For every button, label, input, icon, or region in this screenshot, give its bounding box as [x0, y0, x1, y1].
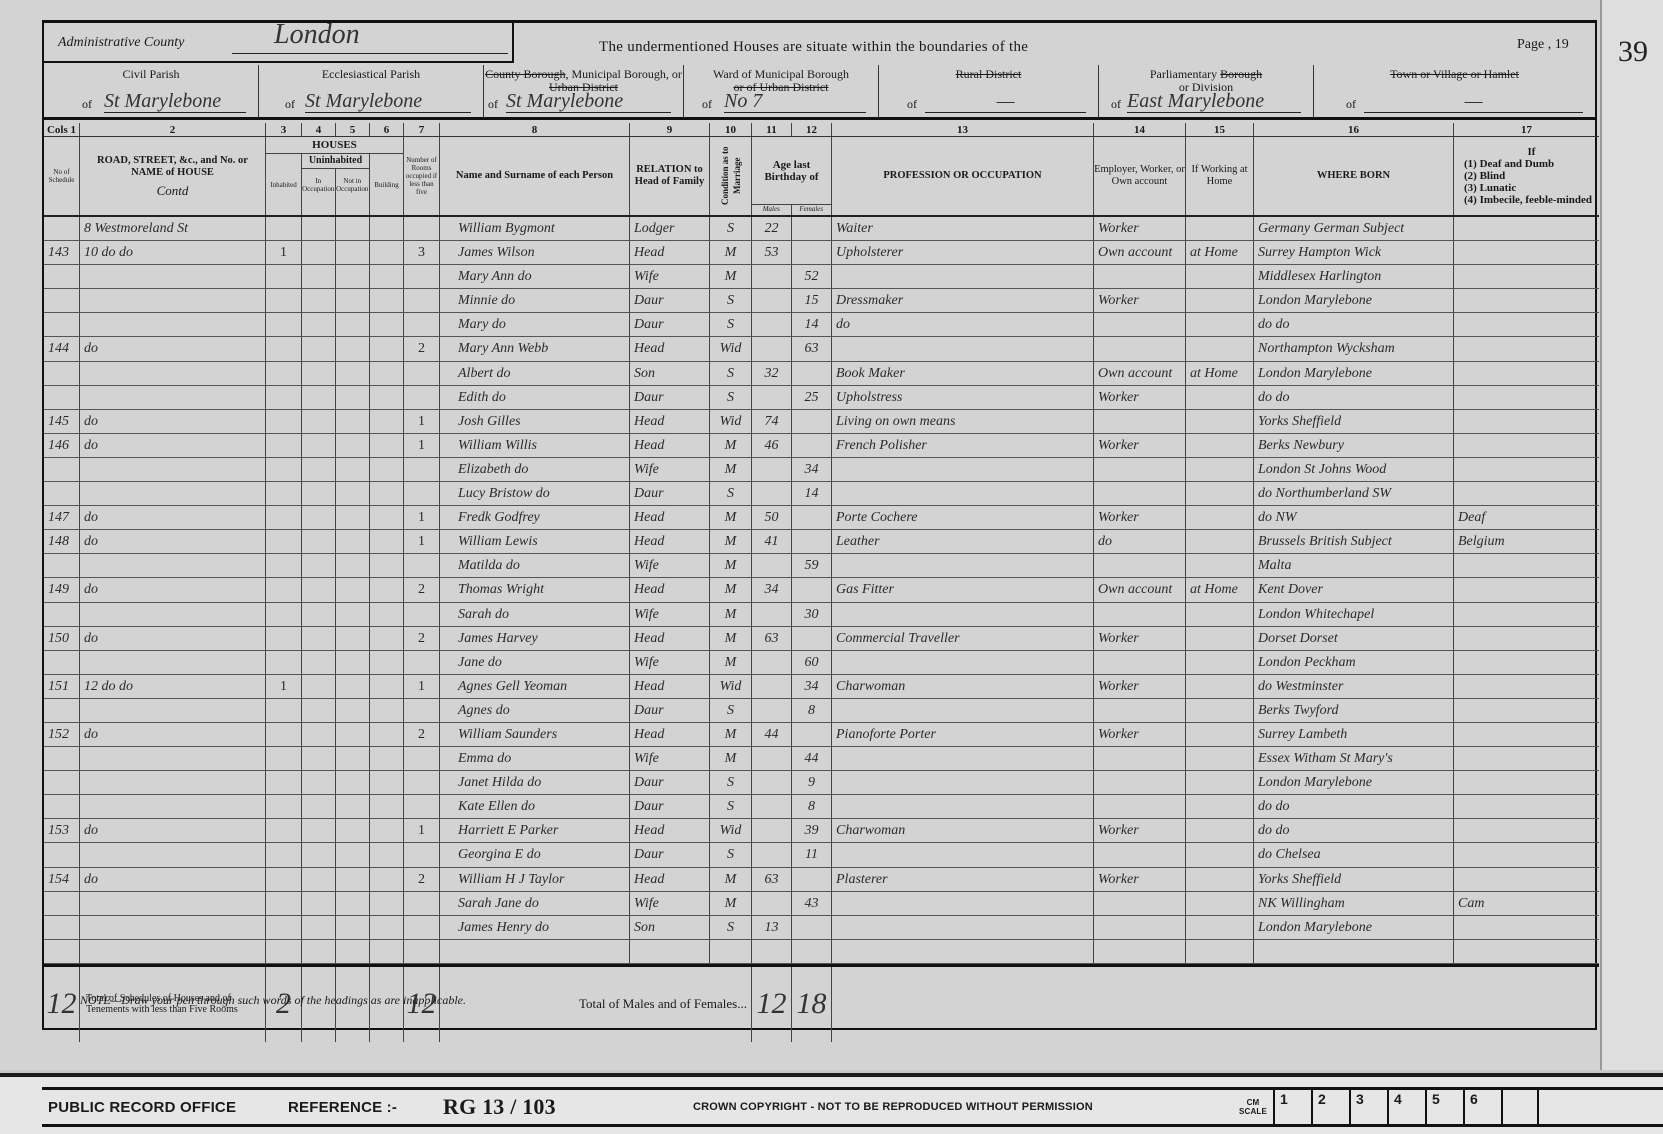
relation: Head [630, 434, 710, 457]
rooms-count: 1 [404, 530, 440, 553]
marital-condition: M [710, 603, 752, 626]
relation: Head [630, 723, 710, 746]
person-name: Josh Gilles [440, 410, 630, 433]
working-at-home [1186, 843, 1254, 866]
road-address [80, 699, 266, 722]
infirmity [1454, 313, 1599, 336]
inhabited-count [266, 410, 302, 433]
table-row: Agnes doDaurS8Berks Twyford [44, 699, 1599, 723]
rooms-count [404, 362, 440, 385]
age-male: 53 [752, 241, 792, 264]
col-schedule: No of Schedule [44, 137, 80, 215]
person-name: William H J Taylor [440, 868, 630, 891]
employment-status [1094, 603, 1186, 626]
road-address: do [80, 627, 266, 650]
schedule-number: 145 [44, 410, 80, 433]
area-boundaries: Civil Parish of St Marylebone Ecclesiast… [44, 65, 1595, 120]
marital-condition [710, 940, 752, 963]
person-name: Elizabeth do [440, 458, 630, 481]
working-at-home [1186, 458, 1254, 481]
col-rooms: Number of Rooms occupied if less than fi… [404, 137, 440, 215]
census-rows: 8 Westmoreland StWilliam BygmontLodgerS2… [44, 217, 1599, 966]
age-female: 25 [792, 386, 832, 409]
marital-condition: M [710, 506, 752, 529]
relation: Daur [630, 771, 710, 794]
schedule-number [44, 892, 80, 915]
road-address [80, 603, 266, 626]
age-female: 52 [792, 265, 832, 288]
relation: Wife [630, 458, 710, 481]
occupation: Pianoforte Porter [832, 723, 1094, 746]
person-name: Sarah Jane do [440, 892, 630, 915]
total-males: 12 [752, 967, 792, 1042]
column-numbers: Cols 1 2 3 4 5 6 7 8 9 10 11 12 13 14 15… [44, 123, 1599, 137]
infirmity [1454, 843, 1599, 866]
age-female: 63 [792, 337, 832, 360]
age-male: 63 [752, 868, 792, 891]
relation: Daur [630, 699, 710, 722]
road-address: 8 Westmoreland St [80, 217, 266, 240]
age-female [792, 410, 832, 433]
employment-status [1094, 771, 1186, 794]
birthplace: Germany German Subject [1254, 217, 1454, 240]
relation: Head [630, 410, 710, 433]
person-name: Georgina E do [440, 843, 630, 866]
road-address: do [80, 410, 266, 433]
inhabited-count [266, 386, 302, 409]
rooms-count: 1 [404, 675, 440, 698]
infirmity [1454, 362, 1599, 385]
infirmity [1454, 771, 1599, 794]
age-female [792, 627, 832, 650]
age-male [752, 819, 792, 842]
infirmity [1454, 940, 1599, 963]
working-at-home [1186, 892, 1254, 915]
municipal-borough-value: St Marylebone [506, 90, 671, 113]
infirmity [1454, 554, 1599, 577]
table-row: James Henry doSonS13London Marylebone [44, 916, 1599, 940]
table-row: 153do1Harriett E ParkerHeadWid39Charwoma… [44, 819, 1599, 843]
birthplace: Malta [1254, 554, 1454, 577]
inhabited-count [266, 747, 302, 770]
birthplace: Berks Twyford [1254, 699, 1454, 722]
working-at-home: at Home [1186, 241, 1254, 264]
employment-status [1094, 747, 1186, 770]
rooms-count: 2 [404, 723, 440, 746]
birthplace: London Marylebone [1254, 362, 1454, 385]
ward-value: No 7 [724, 90, 866, 113]
inhabited-count [266, 771, 302, 794]
infirmity [1454, 482, 1599, 505]
road-address: 12 do do [80, 675, 266, 698]
relation: Son [630, 362, 710, 385]
table-row: Sarah doWifeM30London Whitechapel [44, 603, 1599, 627]
marital-condition: S [710, 795, 752, 818]
col-where-born: WHERE BORN [1254, 137, 1454, 215]
inhabited-count [266, 362, 302, 385]
marital-condition: M [710, 651, 752, 674]
road-address: do [80, 578, 266, 601]
inhabited-count [266, 530, 302, 553]
relation: Lodger [630, 217, 710, 240]
age-male [752, 289, 792, 312]
age-female [792, 868, 832, 891]
public-record-office: PUBLIC RECORD OFFICE [48, 1099, 288, 1116]
person-name: Mary Ann Webb [440, 337, 630, 360]
schedule-number: 148 [44, 530, 80, 553]
employment-status [1094, 458, 1186, 481]
town-village-value: — [1364, 90, 1583, 113]
road-address: 10 do do [80, 241, 266, 264]
rooms-count: 2 [404, 578, 440, 601]
working-at-home [1186, 940, 1254, 963]
person-name: William Saunders [440, 723, 630, 746]
working-at-home [1186, 289, 1254, 312]
road-address [80, 313, 266, 336]
employment-status: Worker [1094, 627, 1186, 650]
road-address: do [80, 868, 266, 891]
schedule-number [44, 651, 80, 674]
admin-county-label: Administrative County [58, 35, 184, 50]
age-female: 30 [792, 603, 832, 626]
occupation: Living on own means [832, 410, 1094, 433]
col-relation: RELATION to Head of Family [630, 137, 710, 215]
relation: Wife [630, 265, 710, 288]
occupation [832, 892, 1094, 915]
rooms-count: 3 [404, 241, 440, 264]
marital-condition: M [710, 747, 752, 770]
age-male: 46 [752, 434, 792, 457]
rooms-count [404, 603, 440, 626]
inhabited-count [266, 723, 302, 746]
age-male [752, 892, 792, 915]
infirmity: Belgium [1454, 530, 1599, 553]
age-male: 44 [752, 723, 792, 746]
birthplace: do do [1254, 313, 1454, 336]
town-village: Town or Village or Hamlet of — [1314, 65, 1595, 117]
infirmity [1454, 289, 1599, 312]
age-female [792, 723, 832, 746]
infirmity [1454, 675, 1599, 698]
inhabited-count: 1 [266, 675, 302, 698]
rooms-count [404, 892, 440, 915]
occupation: Porte Cochere [832, 506, 1094, 529]
road-address: do [80, 506, 266, 529]
employment-status: Worker [1094, 819, 1186, 842]
marital-condition: S [710, 217, 752, 240]
relation [630, 940, 710, 963]
marital-condition: S [710, 771, 752, 794]
person-name: Agnes Gell Yeoman [440, 675, 630, 698]
inhabited-count [266, 916, 302, 939]
table-row: Jane doWifeM60London Peckham [44, 651, 1599, 675]
occupation [832, 940, 1094, 963]
marital-condition: S [710, 313, 752, 336]
infirmity [1454, 916, 1599, 939]
inhabited-count: 1 [266, 241, 302, 264]
inhabited-count [266, 819, 302, 842]
cm-scale: 1 2 3 4 5 6 [1273, 1087, 1539, 1127]
employment-status: Worker [1094, 289, 1186, 312]
col-age: Age last Birthday of Males Females [752, 137, 832, 215]
employment-status: Worker [1094, 217, 1186, 240]
employment-status [1094, 554, 1186, 577]
schedule-number: 144 [44, 337, 80, 360]
inhabited-count [266, 892, 302, 915]
age-male: 34 [752, 578, 792, 601]
marital-condition: M [710, 892, 752, 915]
age-male: 13 [752, 916, 792, 939]
schedule-number [44, 313, 80, 336]
inhabited-count [266, 843, 302, 866]
inhabited-count [266, 506, 302, 529]
marital-condition: S [710, 843, 752, 866]
age-male: 32 [752, 362, 792, 385]
working-at-home [1186, 434, 1254, 457]
employment-status [1094, 940, 1186, 963]
schedule-number [44, 289, 80, 312]
age-female: 43 [792, 892, 832, 915]
age-female [792, 940, 832, 963]
working-at-home [1186, 868, 1254, 891]
infirmity [1454, 723, 1599, 746]
infirmity [1454, 410, 1599, 433]
birthplace: Essex Witham St Mary's [1254, 747, 1454, 770]
age-female [792, 530, 832, 553]
occupation: Dressmaker [832, 289, 1094, 312]
schedule-number: 146 [44, 434, 80, 457]
age-female [792, 916, 832, 939]
relation: Head [630, 337, 710, 360]
inhabited-count [266, 627, 302, 650]
marital-condition: S [710, 699, 752, 722]
schedule-number [44, 795, 80, 818]
employment-status [1094, 651, 1186, 674]
col-houses: HOUSES Inhabited Uninhabited In Occupati… [266, 137, 404, 215]
table-row: Sarah Jane doWifeM43NK WillinghamCam [44, 892, 1599, 916]
rooms-count [404, 554, 440, 577]
schedule-number: 154 [44, 868, 80, 891]
inhabited-count [266, 482, 302, 505]
employment-status: Own account [1094, 578, 1186, 601]
relation: Head [630, 241, 710, 264]
occupation: Waiter [832, 217, 1094, 240]
age-male [752, 771, 792, 794]
relation: Daur [630, 843, 710, 866]
schedule-number: 147 [44, 506, 80, 529]
relation: Wife [630, 554, 710, 577]
table-row: Georgina E doDaurS11do Chelsea [44, 843, 1599, 867]
birthplace: do Westminster [1254, 675, 1454, 698]
inhabited-count [266, 458, 302, 481]
occupation: Charwoman [832, 819, 1094, 842]
working-at-home [1186, 337, 1254, 360]
relation: Daur [630, 289, 710, 312]
rooms-count: 1 [404, 410, 440, 433]
municipal-borough: County Borough, Municipal Borough, or Ur… [484, 65, 684, 117]
rooms-count [404, 265, 440, 288]
form-note: NOTE—Draw your pen through such words of… [80, 993, 466, 1008]
ecclesiastical-parish-value: St Marylebone [305, 90, 471, 113]
inhabited-count [266, 940, 302, 963]
working-at-home [1186, 603, 1254, 626]
employment-status [1094, 916, 1186, 939]
birthplace: London Whitechapel [1254, 603, 1454, 626]
age-male [752, 747, 792, 770]
road-address [80, 892, 266, 915]
occupation: French Polisher [832, 434, 1094, 457]
birthplace: Surrey Hampton Wick [1254, 241, 1454, 264]
road-address [80, 265, 266, 288]
birthplace: do do [1254, 819, 1454, 842]
working-at-home [1186, 265, 1254, 288]
birthplace: do do [1254, 795, 1454, 818]
parliamentary-division-value: East Marylebone [1127, 90, 1301, 113]
form-title: The undermentioned Houses are situate wi… [599, 39, 1028, 56]
marital-condition: S [710, 362, 752, 385]
schedule-number: 143 [44, 241, 80, 264]
relation: Head [630, 819, 710, 842]
schedule-number: 152 [44, 723, 80, 746]
page-margin [1600, 0, 1663, 1070]
age-female: 34 [792, 675, 832, 698]
age-female: 59 [792, 554, 832, 577]
age-male [752, 337, 792, 360]
employment-status [1094, 482, 1186, 505]
age-female: 14 [792, 313, 832, 336]
birthplace: London Marylebone [1254, 771, 1454, 794]
relation: Wife [630, 747, 710, 770]
working-at-home: at Home [1186, 578, 1254, 601]
age-male [752, 386, 792, 409]
occupation: Plasterer [832, 868, 1094, 891]
cm-scale-label: CM SCALE [1233, 1098, 1273, 1116]
working-at-home [1186, 723, 1254, 746]
relation: Head [630, 530, 710, 553]
age-male [752, 313, 792, 336]
table-row: Elizabeth doWifeM34London St Johns Wood [44, 458, 1599, 482]
age-male: 22 [752, 217, 792, 240]
working-at-home [1186, 386, 1254, 409]
schedule-number: 149 [44, 578, 80, 601]
administrative-county: Administrative County London [44, 23, 514, 63]
schedule-number [44, 362, 80, 385]
census-table: Cols 1 2 3 4 5 6 7 8 9 10 11 12 13 14 15… [44, 123, 1599, 1042]
age-male: 41 [752, 530, 792, 553]
age-female [792, 241, 832, 264]
working-at-home [1186, 530, 1254, 553]
infirmity [1454, 241, 1599, 264]
table-row: Edith doDaurS25UpholstressWorkerdo do [44, 386, 1599, 410]
employment-status [1094, 699, 1186, 722]
rooms-count [404, 843, 440, 866]
schedule-number [44, 458, 80, 481]
schedule-number [44, 265, 80, 288]
reference-label: REFERENCE :- [288, 1099, 443, 1116]
rooms-count [404, 940, 440, 963]
age-male: 63 [752, 627, 792, 650]
person-name: Thomas Wright [440, 578, 630, 601]
rooms-count [404, 916, 440, 939]
occupation: Upholstress [832, 386, 1094, 409]
infirmity [1454, 386, 1599, 409]
occupation [832, 651, 1094, 674]
inhabited-count [266, 313, 302, 336]
relation: Daur [630, 313, 710, 336]
page-label: Page , 19 [1517, 37, 1569, 53]
road-address [80, 554, 266, 577]
age-female: 9 [792, 771, 832, 794]
road-address [80, 386, 266, 409]
person-name: Harriett E Parker [440, 819, 630, 842]
age-female [792, 217, 832, 240]
birthplace: NK Willingham [1254, 892, 1454, 915]
col-road: ROAD, STREET, &c., and No. or NAME of HO… [80, 137, 266, 215]
occupation [832, 554, 1094, 577]
employment-status [1094, 843, 1186, 866]
birthplace: Dorset Dorset [1254, 627, 1454, 650]
rural-district-value: — [925, 90, 1086, 113]
person-name: James Harvey [440, 627, 630, 650]
employment-status: Worker [1094, 386, 1186, 409]
birthplace: Kent Dover [1254, 578, 1454, 601]
rooms-count [404, 313, 440, 336]
marital-condition: M [710, 723, 752, 746]
schedule-number [44, 386, 80, 409]
employment-status [1094, 313, 1186, 336]
occupation [832, 795, 1094, 818]
total-females: 18 [792, 967, 832, 1042]
schedule-number [44, 603, 80, 626]
schedule-number [44, 482, 80, 505]
age-female: 11 [792, 843, 832, 866]
person-name: James Henry do [440, 916, 630, 939]
working-at-home: at Home [1186, 362, 1254, 385]
table-row: Minnie doDaurS15DressmakerWorkerLondon M… [44, 289, 1599, 313]
occupation [832, 603, 1094, 626]
birthplace [1254, 940, 1454, 963]
working-at-home [1186, 795, 1254, 818]
birthplace: London Peckham [1254, 651, 1454, 674]
birthplace: London Marylebone [1254, 289, 1454, 312]
marital-condition: M [710, 265, 752, 288]
person-name: Kate Ellen do [440, 795, 630, 818]
table-row: Matilda doWifeM59Malta [44, 554, 1599, 578]
person-name: Edith do [440, 386, 630, 409]
inhabited-count [266, 265, 302, 288]
working-at-home [1186, 916, 1254, 939]
employment-status [1094, 795, 1186, 818]
person-name: Mary do [440, 313, 630, 336]
rooms-count [404, 699, 440, 722]
inhabited-count [266, 337, 302, 360]
infirmity [1454, 699, 1599, 722]
inhabited-count [266, 434, 302, 457]
birthplace: Yorks Sheffield [1254, 410, 1454, 433]
age-female [792, 578, 832, 601]
table-row: 15112 do do11Agnes Gell YeomanHeadWid34C… [44, 675, 1599, 699]
archive-footer: PUBLIC RECORD OFFICE REFERENCE :- RG 13 … [0, 1073, 1663, 1134]
age-female: 14 [792, 482, 832, 505]
table-row: 146do1William WillisHeadM46French Polish… [44, 434, 1599, 458]
infirmity [1454, 795, 1599, 818]
age-female: 39 [792, 819, 832, 842]
age-female [792, 506, 832, 529]
admin-county-value: London [274, 19, 360, 51]
birthplace: London Marylebone [1254, 916, 1454, 939]
road-address [80, 747, 266, 770]
road-address [80, 916, 266, 939]
